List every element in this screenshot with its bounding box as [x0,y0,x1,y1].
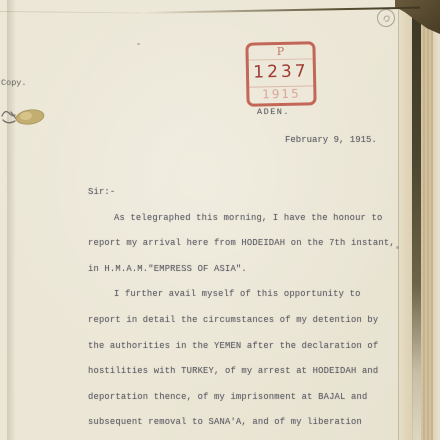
page-edge-inner [399,0,413,440]
letter-location: ADEN. [257,107,290,117]
page-top-edge-line-left [0,11,140,13]
body-line: deportation thence, of my imprisonment a… [88,385,390,411]
margin-copy-label: Copy. [1,78,27,88]
page-gap-shadow [412,0,421,440]
pencil-squiggle-icon [382,14,391,23]
paper-speck [137,43,140,45]
salutation: Sir:- [88,180,390,206]
book-fore-edge [421,0,433,440]
body-line: I further avail myself of this opportuni… [88,282,390,308]
registry-stamp: P 1237 1915 [245,41,316,106]
paper-speck [396,246,399,249]
stamp-letter: P [248,44,312,60]
body-line: in H.M.A.M."EMPRESS OF ASIA". [88,257,390,283]
body-line: report my arrival here from HODEIDAH on … [88,231,390,257]
body-line: subsequent removal to SANA'A, and of my … [88,410,390,436]
body-line: the authorities in the YEMEN after the d… [88,334,390,360]
page-edge-far [433,0,440,440]
body-line: hostilities with TURKEY, of my arrest at… [88,359,390,385]
stamp-number: 1237 [249,59,314,86]
folio-circle-annotation [377,9,395,27]
handwritten-mark [0,104,50,132]
page-right-edge-line [398,0,399,440]
letter-body: Sir:- As telegraphed this morning, I hav… [88,180,390,436]
stamp-year: 1915 [249,85,313,103]
body-line: As telegraphed this morning, I have the … [88,206,390,232]
document-scan: P 1237 1915 Copy. ADEN. February 9, 1915… [0,0,440,440]
body-line: report in detail the circumstances of my… [88,308,390,334]
letter-date: February 9, 1915. [285,135,377,145]
gutter-crease [7,0,16,440]
